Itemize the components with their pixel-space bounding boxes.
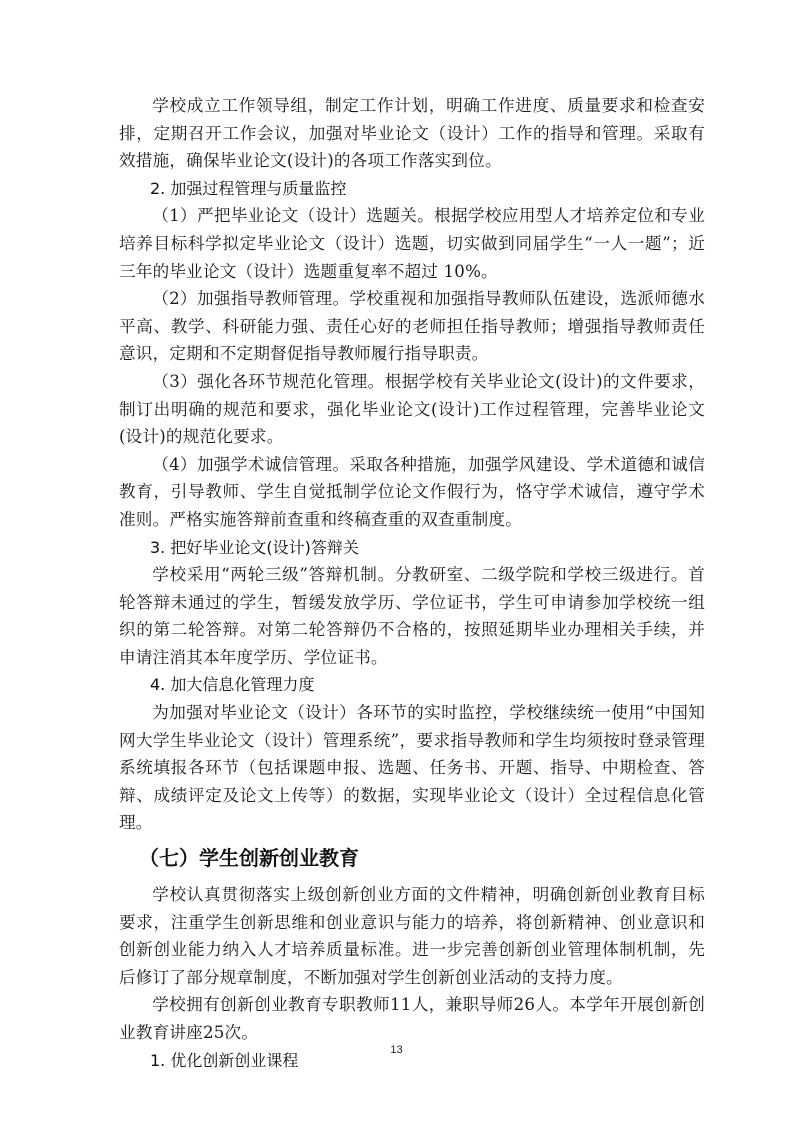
paragraph-standardization: （3）强化各环节规范化管理。根据学校有关毕业论文(设计)的文件要求，制订出明确的… [119,368,705,451]
paragraph-innovation-staff: 学校拥有创新创业教育专职教师11人，兼职导师26人。本学年开展创新创业教育讲座2… [119,991,705,1046]
paragraph-topic-selection: （1）严把毕业论文（设计）选题关。根据学校应用型人才培养定位和专业培养目标科学拟… [119,202,705,285]
paragraph-academic-integrity: （4）加强学术诚信管理。采取各种措施，加强学风建设、学术道德和诚信教育，引导教师… [119,451,705,534]
subheading-defense: 3. 把好毕业论文(设计)答辩关 [119,534,705,562]
paragraph-leadership-group: 学校成立工作领导组，制定工作计划，明确工作进度、质量要求和检查安排，定期召开工作… [119,92,705,175]
subheading-process-management: 2. 加强过程管理与质量监控 [119,175,705,203]
paragraph-defense-mechanism: 学校采用“两轮三级”答辩机制。分教研室、二级学院和学校三级进行。首轮答辩未通过的… [119,561,705,671]
subheading-informatization: 4. 加大信息化管理力度 [119,671,705,699]
paragraph-cnki-system: 为加强对毕业论文（设计）各环节的实时监控，学校继续统一使用“中国知网大学生毕业论… [119,699,705,837]
paragraph-advisor-management: （2）加强指导教师管理。学校重视和加强指导教师队伍建设，选派师德水平高、教学、科… [119,285,705,368]
paragraph-innovation-policy: 学校认真贯彻落实上级创新创业方面的文件精神，明确创新创业教育目标要求，注重学生创… [119,881,705,991]
document-page: 学校成立工作领导组，制定工作计划，明确工作进度、质量要求和检查安排，定期召开工作… [119,92,705,1074]
page-number: 13 [0,1044,793,1056]
section-heading-innovation: （七）学生创新创业教育 [119,841,705,875]
